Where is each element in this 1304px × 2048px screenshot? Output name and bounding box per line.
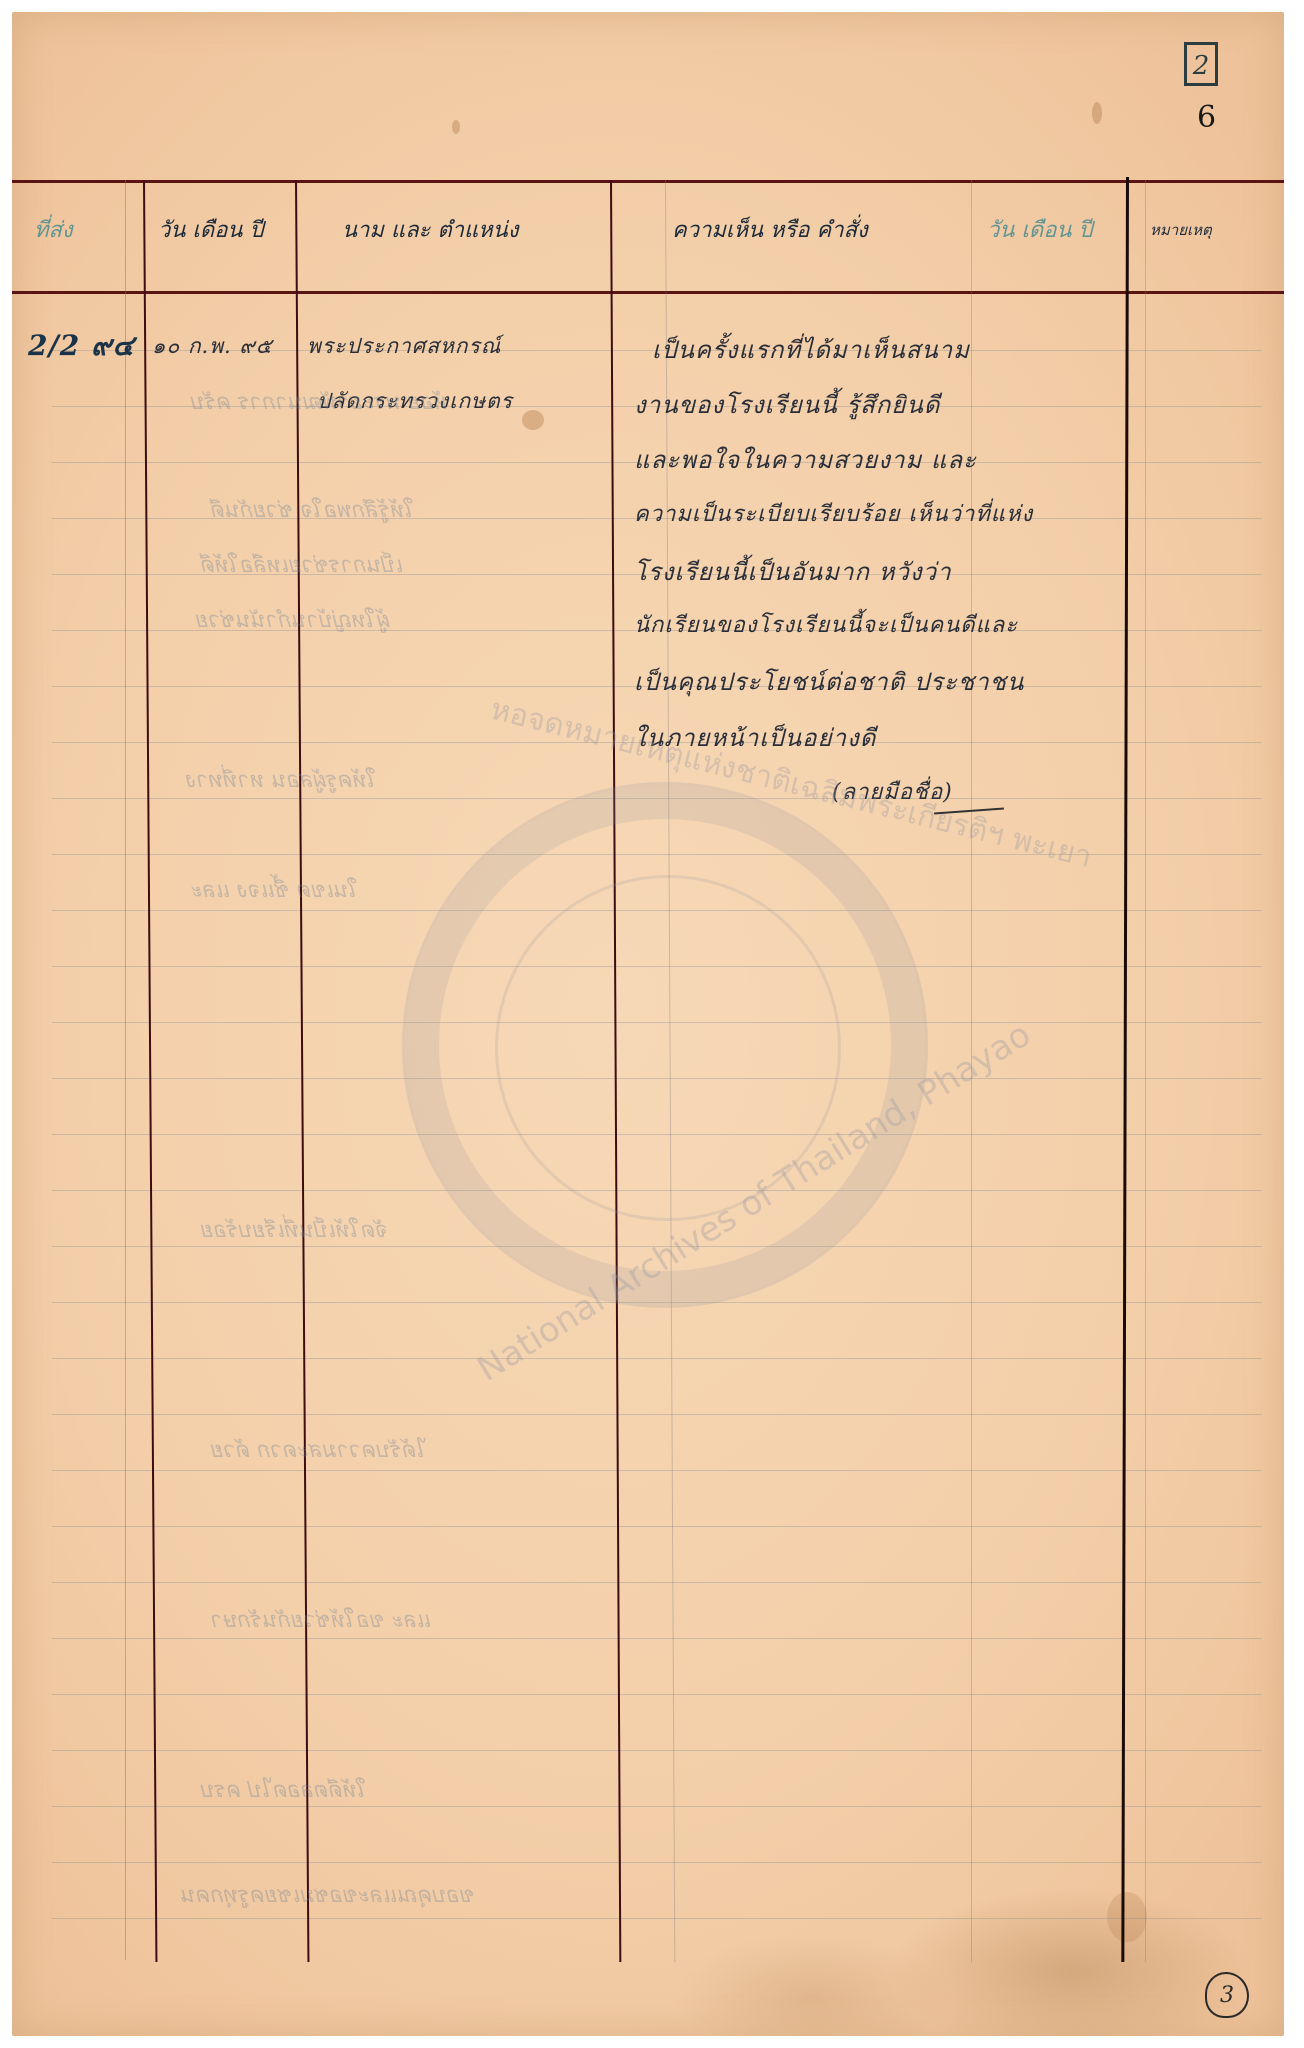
header-top-rule bbox=[12, 180, 1284, 183]
bleed-through-text: ให้ครูผู้สอน หาที่ทาง bbox=[187, 762, 379, 797]
ruled-line bbox=[52, 1470, 1262, 1471]
column-line bbox=[1145, 180, 1146, 1962]
stain bbox=[1092, 102, 1102, 124]
bleed-through-text: และ ขอให้ช่วยกันรักษา bbox=[212, 1602, 433, 1637]
column-header-name: นาม และ ตำแหน่ง bbox=[342, 212, 518, 247]
opinion-line-6: นักเรียนของโรงเรียนนี้จะเป็นคนดีและ bbox=[634, 607, 1018, 642]
bleed-through-text: ให้ดีตลอดไป ครบ bbox=[202, 1772, 369, 1807]
ruled-line bbox=[52, 1750, 1262, 1751]
ruled-line bbox=[52, 1414, 1262, 1415]
bleed-through-text: ขอบคุณและขอชมเชยครูทุกคน bbox=[182, 1877, 476, 1912]
ruled-line bbox=[52, 1638, 1262, 1639]
column-line bbox=[125, 180, 126, 1960]
opinion-line-1: เป็นครั้งแรกที่ได้มาเห็นสนาม bbox=[652, 330, 970, 369]
column-header-no: ที่ส่ง bbox=[34, 212, 73, 247]
ruled-line bbox=[52, 1582, 1262, 1583]
page-number: 6 bbox=[1197, 100, 1216, 135]
opinion-line-4: ความเป็นระเบียบเรียบร้อย เห็นว่าที่แห่ง bbox=[634, 496, 1033, 531]
column-header-remark: หมายเหตุ bbox=[1150, 218, 1212, 242]
ruled-line bbox=[52, 1526, 1262, 1527]
column-header-date: วัน เดือน ปี bbox=[158, 212, 263, 247]
column-header-returned-date: วัน เดือน ปี bbox=[987, 212, 1092, 247]
ruled-line bbox=[52, 1862, 1262, 1863]
folio-bracket-number: 2 bbox=[1184, 42, 1218, 86]
bleed-through-text: ห้อย พระยาพัฒนาการ ครับ bbox=[192, 384, 450, 419]
stain bbox=[1107, 1892, 1147, 1942]
column-header-opinion: ความเห็น หรือ คำสั่ง bbox=[672, 212, 868, 247]
entry-number: 2/2 ๙๔ bbox=[28, 324, 135, 368]
archival-ledger-page: 2 6 3 ที่ส่ง วัน เดือน ปี นาม และ ตำแหน่… bbox=[12, 12, 1284, 2036]
opinion-line-5: โรงเรียนนี้เป็นอันมาก หวังว่า bbox=[634, 552, 952, 591]
opinion-line-2: งานของโรงเรียนนี้ รู้สึกยินดี bbox=[634, 385, 940, 424]
bleed-through-text: ได้รับความสะดวก ด้วย bbox=[212, 1432, 429, 1467]
archive-seal-watermark bbox=[402, 782, 928, 1308]
entry-name-line-1: พระประกาศสหกรณ์ bbox=[307, 330, 501, 363]
ruled-line bbox=[52, 1918, 1262, 1919]
bleed-through-text: ในเขต ชี้แจง และ bbox=[192, 872, 361, 907]
opinion-line-7: เป็นคุณประโยชน์ต่อชาติ ประชาชน bbox=[634, 662, 1024, 701]
header-bottom-rule bbox=[12, 291, 1284, 294]
stain bbox=[522, 410, 544, 430]
ruled-line bbox=[52, 1358, 1262, 1359]
ruled-line bbox=[52, 1694, 1262, 1695]
bleed-through-text: เป็นการช่วยเหลือให้ดี bbox=[202, 547, 404, 582]
circled-page-number: 3 bbox=[1205, 1972, 1249, 2018]
bleed-through-text: ผู้ใหญ่บ้านกำนันช่วย bbox=[197, 602, 391, 637]
opinion-line-3: และพอใจในความสวยงาม และ bbox=[634, 440, 977, 479]
bleed-through-text: ให้รู้สึกพอใจ ช่วยกันดี bbox=[212, 492, 417, 527]
entry-date: ๑๐ ก.พ. ๙๕ bbox=[152, 330, 273, 363]
bleed-through-text: จัดให้เป็นที่เรียบร้อย bbox=[202, 1212, 390, 1247]
stain bbox=[452, 120, 460, 134]
